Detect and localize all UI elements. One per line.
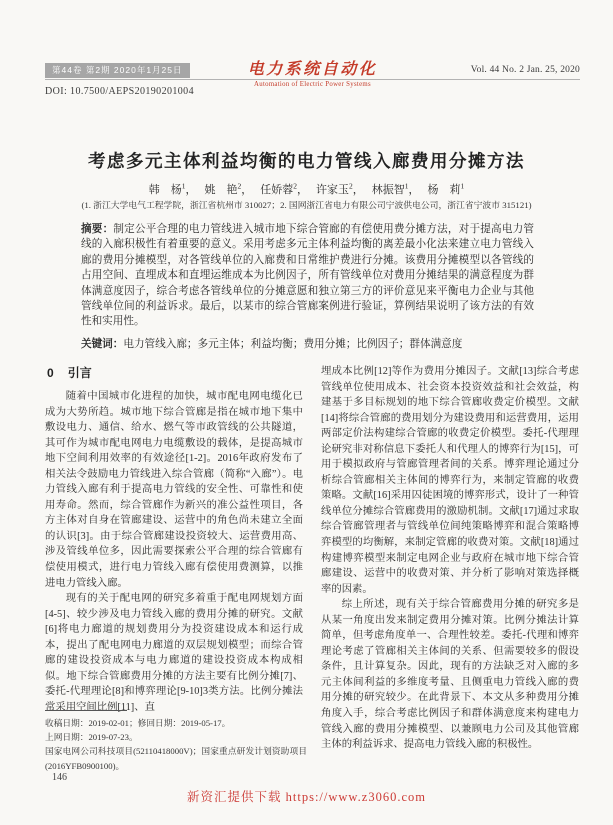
left-column-text: 随着中国城市化进程的加快，城市配电网电缆化已成为大势所趋。城市地下综合管廊是指在… — [45, 389, 303, 715]
author-separator: ， — [353, 184, 364, 196]
author-line: 韩 杨1，姚 艳2，任娇蓉2，许家玉2，林振智1，杨 莉1 — [0, 181, 613, 197]
abstract-text: 制定公平合理的电力管线进入城市地下综合管廊的有偿使用费分摊方法，对于提高电力管线… — [81, 224, 534, 327]
paper-page: 第44卷 第2期 2020年1月25日 DOI: 10.7500/AEPS201… — [0, 0, 613, 825]
page-number: 146 — [52, 772, 67, 783]
journal-header: 第44卷 第2期 2020年1月25日 DOI: 10.7500/AEPS201… — [45, 60, 580, 108]
abstract-paragraph: 摘要：制定公平合理的电力管线进入城市地下综合管廊的有偿使用费分摊方法，对于提高电… — [81, 222, 534, 330]
author-name: 林振智 — [372, 184, 405, 196]
body-paragraph: 埋成本比例[12]等作为费用分摊因子。文献[13]综合考虑管线单位使用成本、社会… — [321, 364, 579, 597]
section-heading: 0引言 — [47, 364, 303, 381]
author: 任娇蓉2， — [260, 184, 308, 196]
author: 韩 杨1， — [149, 184, 197, 196]
body-columns: 0引言 随着中国城市化进程的加快，城市配电网电缆化已成为大势所趋。城市地下综合管… — [45, 364, 580, 753]
section-number: 0 — [47, 366, 54, 380]
author-name: 姚 艳 — [205, 184, 238, 196]
footnote-funding: 国家电网公司科技项目(52110418000V)；国家重点研发计划资助项目(20… — [45, 744, 307, 772]
paper-title: 考虑多元主体利益均衡的电力管线入廊费用分摊方法 — [0, 148, 613, 173]
footnote-divider — [45, 710, 127, 711]
download-watermark: 新资汇提供下载 https://www.z3060.com — [0, 787, 613, 805]
author-name: 韩 杨 — [149, 184, 182, 196]
keywords-label: 关键词： — [81, 338, 123, 350]
abstract-label: 摘要： — [81, 223, 113, 235]
left-column: 0引言 随着中国城市化进程的加快，城市配电网电缆化已成为大势所趋。城市地下综合管… — [45, 364, 303, 753]
section-title: 引言 — [68, 366, 92, 380]
keywords-line: 关键词：电力管线入廊；多元主体；利益均衡；费用分摊；比例因子；群体满意度 — [81, 337, 534, 352]
author-affmark: 1 — [461, 181, 465, 190]
body-paragraph: 随着中国城市化进程的加快，城市配电网电缆化已成为大势所趋。城市地下综合管廊是指在… — [45, 389, 303, 591]
abstract-block: 摘要：制定公平合理的电力管线进入城市地下综合管廊的有偿使用费分摊方法，对于提高电… — [81, 222, 534, 352]
author-separator: ， — [186, 184, 197, 196]
body-paragraph: 综上所述，现有关于综合管廊费用分摊的研究多是从某一角度出发来制定费用分摊对策。比… — [321, 597, 579, 752]
author: 姚 艳2， — [205, 184, 253, 196]
author-name: 杨 莉 — [428, 184, 461, 196]
author-separator: ， — [297, 184, 308, 196]
journal-name-en: Automation of Electric Power Systems — [45, 81, 580, 88]
author-separator: ， — [409, 184, 420, 196]
author: 许家玉2， — [316, 184, 364, 196]
author: 杨 莉1 — [428, 184, 465, 196]
author-separator: ， — [241, 184, 252, 196]
author-name: 许家玉 — [316, 184, 349, 196]
footnote-block: 收稿日期：2019-02-01；修回日期：2019-05-17。 上网日期：20… — [45, 710, 307, 773]
author-name: 任娇蓉 — [260, 184, 293, 196]
body-paragraph: 现有的关于配电网的研究多着重于配电网规划方面[4-5]、较少涉及电力管线入廊的费… — [45, 591, 303, 715]
volume-info: Vol. 44 No. 2 Jan. 25, 2020 — [471, 65, 580, 75]
affiliation-line: (1. 浙江大学电气工程学院，浙江省杭州市 310027；2. 国网浙江省电力有… — [0, 198, 613, 211]
footnote-received-date: 收稿日期：2019-02-01；修回日期：2019-05-17。 — [45, 716, 307, 730]
author: 林振智1， — [372, 184, 420, 196]
footnote-online-date: 上网日期：2019-07-23。 — [45, 730, 307, 744]
right-column: 埋成本比例[12]等作为费用分摊因子。文献[13]综合考虑管线单位使用成本、社会… — [321, 364, 579, 753]
journal-name-cn: 电力系统自动化 — [240, 60, 386, 79]
keywords-text: 电力管线入廊；多元主体；利益均衡；费用分摊；比例因子；群体满意度 — [123, 339, 462, 350]
